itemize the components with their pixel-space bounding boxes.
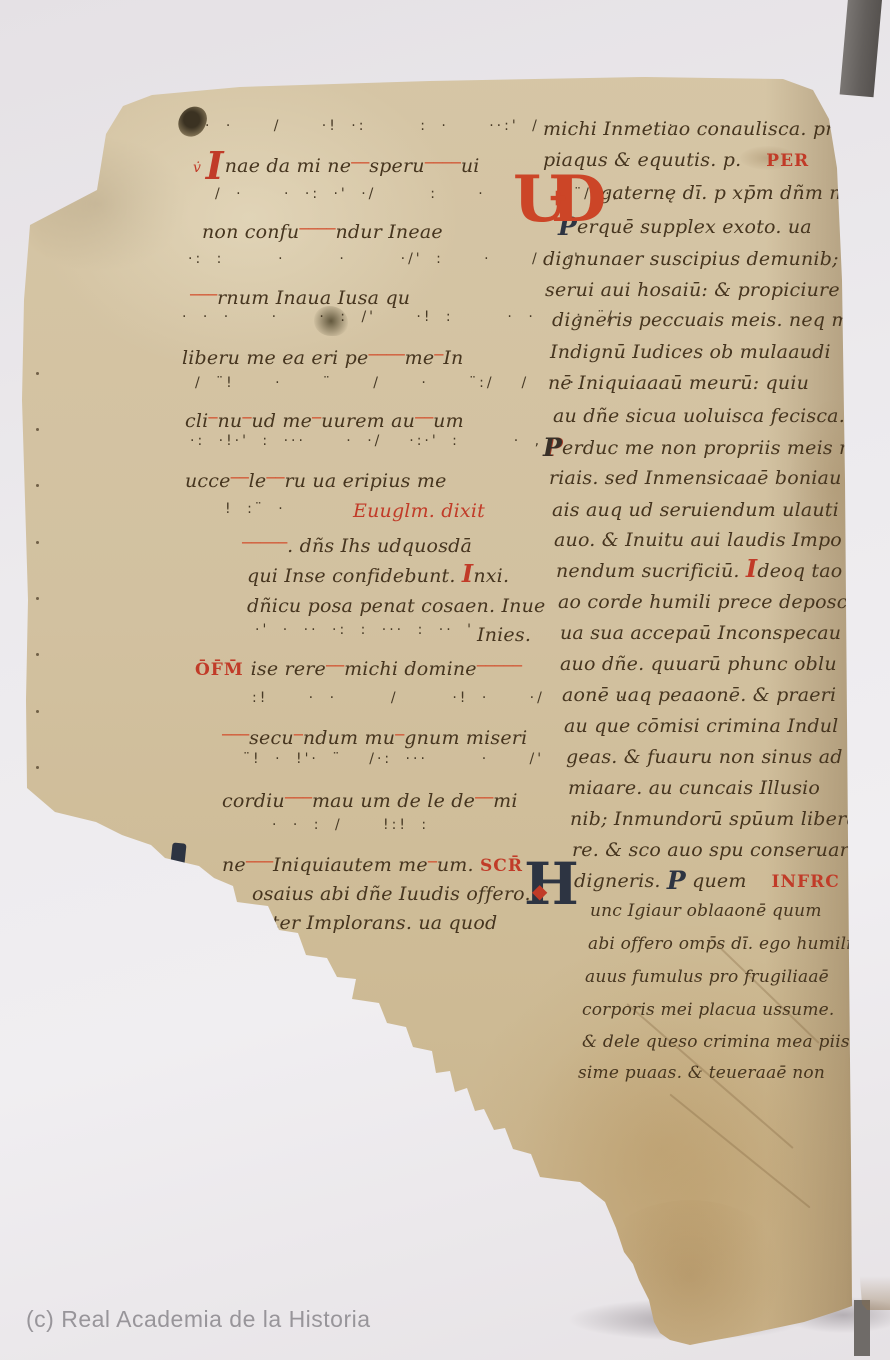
neume-row: / ¨! · ¨ / · ¨:/ / · [195,375,577,391]
neume-glyphs: ·: : · · ·/' : · / ·' [188,251,581,267]
text-segment: osaius abi dñe Iuudis offero. [252,883,531,905]
text-segment: me [405,347,435,369]
rubric-segment: ──── [299,220,335,238]
text-segment: erduc me non propriis meis me [562,437,869,459]
torn-letter-fragment [167,842,186,893]
text-segment: gnum miseri [404,727,527,749]
pricking-hole [36,766,39,769]
text-segment: nib; Inmundorū spūum libera [570,808,858,830]
hanc-igitur-initial: H ◆ [524,855,579,913]
rubric-segment: v̇ [193,160,206,176]
neume-row: ·: : · · ·/' : · / ·' [188,251,581,267]
text-segment: quem [686,870,772,892]
neume-row: ·: ·!·' : ··· · ·/ ·:·' : · , [190,433,542,449]
pricking-hole [55,872,58,875]
manuscript-text-line: qui Inse confidebunt. Inxi. [247,565,509,587]
text-segment: mi [493,790,518,812]
adjacent-page-edge [850,86,890,1320]
pricking-hole [43,820,46,823]
rubric-segment: ─ [294,726,303,744]
manuscript-text-line: abi offero omp̄s dī. ego humilis [588,934,861,954]
manuscript-text-line: au dñe sicua uoluisca fecisca. [553,405,845,427]
text-segment: dignunaer suscipius demunib; [543,248,839,270]
text-segment: riais. sed Inmensicaaē boniau [549,467,842,489]
manuscript-text-line: riais. sed Inmensicaaē boniau [549,467,842,489]
text-segment: In [443,347,463,369]
rubric-segment: Euuglm. dixit [353,500,485,522]
manuscript-text-line: corporis mei placua ussume. [582,1000,835,1020]
manuscript-text-line: dignunaer suscipius demunib; [543,248,839,270]
manuscript-text-line: serui aui hosaiū: & propiciure [545,279,840,301]
rubric-segment: I [206,143,224,188]
text-segment: ud me [251,410,312,432]
text-segment: nu [217,410,242,432]
manuscript-text-line: geas. & fuauru non sinus ad [566,746,843,768]
pricking-hole [36,372,39,375]
text-segment: gaternę dī. p xp̄m dñm nr̄m. [600,182,875,204]
pricking-hole [36,428,39,431]
text-segment: geas. & fuauru non sinus ad [566,746,843,768]
neume-row: ·' · ·· ·: : ··· : ·· ' [255,622,474,638]
text-segment: Indignū Iudices ob mulaaudi [550,341,831,363]
text-segment: michi domine [344,658,477,680]
manuscript-text-line: nib; Inmundorū spūum libera [570,808,858,830]
rubric-segment: ──── [425,154,461,172]
manuscript-text-line: ao corde humili prece deposco. [558,591,865,613]
copyright-notice: (c) Real Academia de la Historia [26,1306,371,1333]
text-segment: michi Inmetiao conaulisca. pro [543,118,846,140]
text-segment: digneris peccuais meis. neq me [552,309,861,331]
manuscript-text-line: nē Iniquiaaaū meurū: quiu [548,372,809,394]
manuscript-text-line: unc Igiaur oblaaonē quum [590,901,822,921]
neume-row: · · : / !:! : [272,817,429,833]
text-segment: le [249,470,267,492]
rubric-segment: ─ [395,726,404,744]
text-segment: unc Igiaur oblaaonē quum [590,901,822,921]
rubric-segment: ──── [368,346,404,364]
text-segment: ndum mu [303,727,395,749]
manuscript-text-line: miaare. au cuncais Illusio [568,777,820,799]
text-segment: Iniquiautem me [273,854,428,876]
manuscript-text-line: ─────. dñs Ihs udquosdā [242,535,472,557]
rubric-segment: ─ [312,409,321,427]
rubric-segment: ─ [434,346,443,364]
text-segment: ao corde humili prece deposco. [558,591,865,613]
vere-dignum-monogram: UD ✚ [513,168,606,232]
manuscript-text-line: auus fumulus pro frugiliaaē [585,967,829,987]
parchment-crease [669,1094,810,1209]
text-segment: au dñe sicua uoluisca fecisca. [553,405,845,427]
water-stain [520,1010,800,1290]
text-segment: serui aui hosaiū: & propiciure [545,279,840,301]
manuscript-text-line: ───secu─ndum mu─gnum miseri [222,727,527,749]
text-segment: auo dñe. quuarū phunc oblu [560,653,837,675]
text-segment: nae da mi ne [225,155,351,177]
manuscript-text-line: michi Inmetiao conaulisca. pro [543,118,846,140]
parchment-crease [710,938,819,1044]
text-segment: abi offero omp̄s dī. ego humilis [588,934,861,954]
manuscript-text-line: digneris. P quem INFRC [574,870,840,892]
manuscript-text-line: & dele queso crimina mea piis [582,1032,850,1052]
text-segment: rnum Inaua Iusa qu [217,287,410,309]
rubric-segment: ─── [190,286,217,304]
rubric-segment: PER [766,151,809,171]
text-segment: ucce [185,470,231,492]
text-segment: au que cōmisi crimina Indul [564,715,838,737]
manuscript-text-line: cordiu───mau um de le de──mi [222,790,518,812]
manuscript-text-line: liberu me ea eri pe────me─In [182,347,463,369]
pricking-hole [36,484,39,487]
manuscript-text-line: ucce──le──ru ua eripius me [185,470,447,492]
manuscript-text-line: ne───Iniquiautem me─um. SCR̄ [222,854,523,876]
text-segment: ais auq ud seruiendum ulauti [552,499,839,521]
neume-glyphs: ·' · ·· ·: : ··· : ·· ' [255,622,474,638]
rubric-segment: ── [475,789,493,807]
neume-glyphs: ¨! · !'· ¨ /·: ··· · /' · [243,751,592,767]
text-segment: miaare. au cuncais Illusio [568,777,820,799]
rubric-segment: ─ [242,409,251,427]
text-segment: Inies. [477,624,531,646]
manuscript-text-line: Euuglm. dixit [353,500,485,522]
text-segment: um. [437,854,480,876]
text-segment: qui Inse confidebunt. [247,565,462,587]
text-segment: speru [369,155,424,177]
text-segment: non confu [202,221,299,243]
pricking-hole [36,597,39,600]
text-segment: uurem au [321,410,415,432]
text-segment: ru ua eripius me [284,470,446,492]
manuscript-text-line: cli─nu─ud me─uurem au──um [185,410,464,432]
text-segment: ndur Ineae [335,221,442,243]
manuscript-text-line: ŌF̄M̄ ise rere──michi domine───── [195,658,522,680]
text-segment: nxi. [473,565,509,587]
manuscript-page: · · / ·! ·: : · ··:' / · ·v̇ Inae da mi … [0,0,890,1360]
text-segment: ne [222,854,246,876]
manuscript-text-line: aonē uaq peaaonē. & praeri [562,684,836,706]
text-segment: . dñs Ihs udquosdā [287,535,472,557]
text-segment: P [667,866,686,895]
rubric-segment: ── [351,154,369,172]
neume-row: ! :¨ · [225,501,286,517]
rubric-segment: I [746,554,757,583]
text-segment: sime puaas. & teueraaē non [578,1063,825,1083]
pricking-hole [36,541,39,544]
neume-glyphs: ·: ·!·' : ··· · ·/ ·:·' : · , [190,433,542,449]
rubric-segment: INFRC [772,872,840,892]
manuscript-text-line: ais auq ud seruiendum ulauti [552,499,839,521]
rubric-segment: ───── [242,534,287,552]
manuscript-text-line: auo. & Inuitu aui laudis Impo [554,529,842,551]
text-segment: mau um de le de [312,790,475,812]
text-segment: liciter Implorans. ua quod [242,912,497,934]
manuscript-text-line: ───rnum Inaua Iusa qu [190,287,410,309]
manuscript-text-line: auo dñe. quuarū phunc oblu [560,653,837,675]
text-segment: cordiu [222,790,285,812]
rubric-segment: ── [266,469,284,487]
rubric-segment: SCR̄ [480,856,523,876]
text-segment: erquē supplex exoto. ua [577,216,812,238]
manuscript-text-line: non confu────ndur Ineae [202,221,443,243]
text-segment: digneris. [574,870,667,892]
rubric-segment: ── [231,469,249,487]
manuscript-text-line: Indignū Iudices ob mulaaudi [550,341,831,363]
cross-icon: ✚ [550,190,566,209]
text-segment: cli [185,410,208,432]
manuscript-text-line: Perduc me non propriis meis me [543,437,869,459]
manuscript-text-line: v̇ Inae da mi ne──speru────ui [193,155,480,177]
manuscript-text-line: liciter Implorans. ua quod [242,912,497,934]
text-segment: ua sua accepaū Inconspecau [560,622,841,644]
rubric-segment: I [462,559,473,588]
manuscript-text-line: re. & sco auo spu conseruare [572,839,860,861]
text-segment: & dele queso crimina mea piis [582,1032,850,1052]
pricking-hole [36,710,39,713]
neume-glyphs: ! :¨ · [225,501,286,517]
text-segment: P [543,433,562,462]
text-segment: auo. & Inuitu aui laudis Impo [554,529,842,551]
text-segment: re. & sco auo spu conseruare [572,839,860,861]
text-segment: ise rere [251,658,326,680]
rubric-segment: ── [326,657,344,675]
text-segment: corporis mei placua ussume. [582,1000,835,1020]
rubric-segment: ─ [208,409,217,427]
manuscript-text-line: gaternę dī. p xp̄m dñm nr̄m. [600,182,875,204]
text-segment: liberu me ea eri pe [182,347,368,369]
text-segment: dñicu posa penat cosaen. Inue [247,595,546,617]
red-accent: ◆ [532,881,547,901]
manuscript-text-line: ua sua accepaū Inconspecau [560,622,841,644]
text-segment: auus fumulus pro frugiliaaē [585,967,829,987]
text-segment: um [433,410,464,432]
rubric-segment: ───── [477,657,522,675]
text-segment: nē Iniquiaaaū meurū: quiu [548,372,809,394]
manuscript-photo: · · / ·! ·: : · ··:' / · ·v̇ Inae da mi … [0,0,890,1360]
manuscript-text-line: nendum sucrificiū. Ideoq tao [556,560,842,582]
rubric-segment: ─ [428,853,437,871]
text-segment: aonē uaq peaaonē. & praeri [562,684,836,706]
manuscript-text-line: osaius abi dñe Iuudis offero. [252,883,531,905]
rubric-segment: ─── [222,726,249,744]
rubric-segment: ─── [246,853,273,871]
text-segment: deoq tao [757,560,842,582]
manuscript-text-line: sime puaas. & teueraaē non [578,1063,825,1083]
neume-glyphs: · · : / !:! : [272,817,429,833]
text-segment: secu [249,727,294,749]
neume-glyphs: / ¨! · ¨ / · ¨:/ / · [195,375,577,391]
manuscript-text-line: Inies. [477,624,531,646]
neume-row: ¨! · !'· ¨ /·: ··· · /' · [243,751,592,767]
pricking-hole [36,653,39,656]
rubric-segment: ── [415,409,433,427]
manuscript-text-line: au que cōmisi crimina Indul [564,715,838,737]
manuscript-text-line: digneris peccuais meis. neq me [552,309,861,331]
text-segment: ui [461,155,480,177]
manuscript-text-line: dñicu posa penat cosaen. Inue [247,595,546,617]
text-segment: nendum sucrificiū. [556,560,746,582]
book-strap [840,0,883,97]
rubric-segment: ŌF̄M̄ [195,660,251,680]
rubric-segment: ─── [285,789,312,807]
